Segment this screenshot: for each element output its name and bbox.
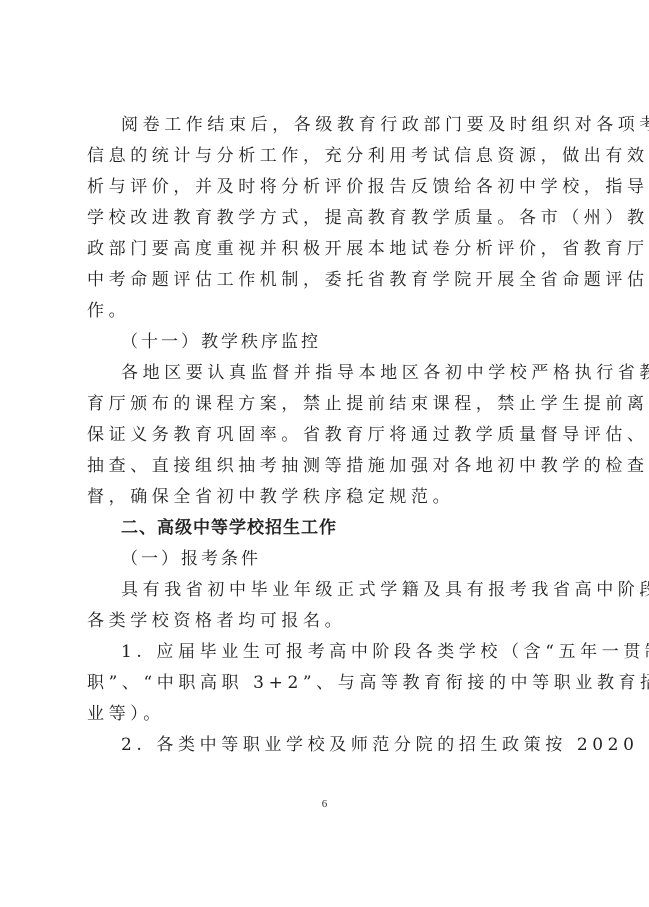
text-line: 保证义务教育巩固率。省教育厅将通过教学质量督导评估、随机	[87, 420, 569, 451]
paragraph-item-2: 2. 各类中等职业学校及师范分院的招生政策按 2020 年相关	[87, 730, 569, 761]
paragraph-exam-analysis: 阅卷工作结束后，各级教育行政部门要及时组织对各项考试 信息的统计与分析工作，充分…	[87, 110, 569, 327]
subheading-teaching-order: （十一）教学秩序监控	[87, 327, 569, 358]
text-line: 析与评价，并及时将分析评价报告反馈给各初中学校，指导初中	[87, 172, 569, 203]
paragraph-eligibility: 具有我省初中毕业年级正式学籍及具有报考我省高中阶段 各类学校资格者均可报名。	[87, 575, 569, 637]
text-line: 作。	[87, 296, 569, 327]
subheading-eligibility: （一）报考条件	[87, 544, 569, 575]
text-line: 学校改进教育教学方式，提高教育教学质量。各市（州）教育行	[87, 203, 569, 234]
text-line: 1. 应届毕业生可报考高中阶段各类学校（含“五年一贯制高	[87, 637, 569, 668]
text-line: 抽查、直接组织抽考抽测等措施加强对各地初中教学的检查监	[87, 451, 569, 482]
text-line: 育厅颁布的课程方案，禁止提前结束课程，禁止学生提前离校，	[87, 389, 569, 420]
text-line: 各地区要认真监督并指导本地区各初中学校严格执行省教	[87, 358, 569, 389]
text-line: 信息的统计与分析工作，充分利用考试信息资源，做出有效的分	[87, 141, 569, 172]
text-line: 各类学校资格者均可报名。	[87, 606, 569, 637]
text-line: 督，确保全省初中教学秩序稳定规范。	[87, 482, 569, 513]
paragraph-teaching-order: 各地区要认真监督并指导本地区各初中学校严格执行省教 育厅颁布的课程方案，禁止提前…	[87, 358, 569, 513]
document-body: 阅卷工作结束后，各级教育行政部门要及时组织对各项考试 信息的统计与分析工作，充分…	[87, 110, 569, 761]
text-line: 中考命题评估工作机制，委托省教育学院开展全省命题评估工	[87, 265, 569, 296]
document-page: 阅卷工作结束后，各级教育行政部门要及时组织对各项考试 信息的统计与分析工作，充分…	[0, 0, 649, 907]
heading-high-school-admission: 二、高级中等学校招生工作	[87, 513, 569, 544]
paragraph-item-1: 1. 应届毕业生可报考高中阶段各类学校（含“五年一贯制高 职”、“中职高职 3+…	[87, 637, 569, 730]
text-line: 2. 各类中等职业学校及师范分院的招生政策按 2020 年相关	[87, 730, 569, 761]
text-line: 业等）。	[87, 699, 569, 730]
text-line: 阅卷工作结束后，各级教育行政部门要及时组织对各项考试	[87, 110, 569, 141]
text-line: 政部门要高度重视并积极开展本地试卷分析评价，省教育厅建立	[87, 234, 569, 265]
text-line: 职”、“中职高职 3+2”、与高等教育衔接的中等职业教育招生专	[87, 668, 569, 699]
text-line: 具有我省初中毕业年级正式学籍及具有报考我省高中阶段	[87, 575, 569, 606]
page-number: 6	[0, 798, 649, 810]
